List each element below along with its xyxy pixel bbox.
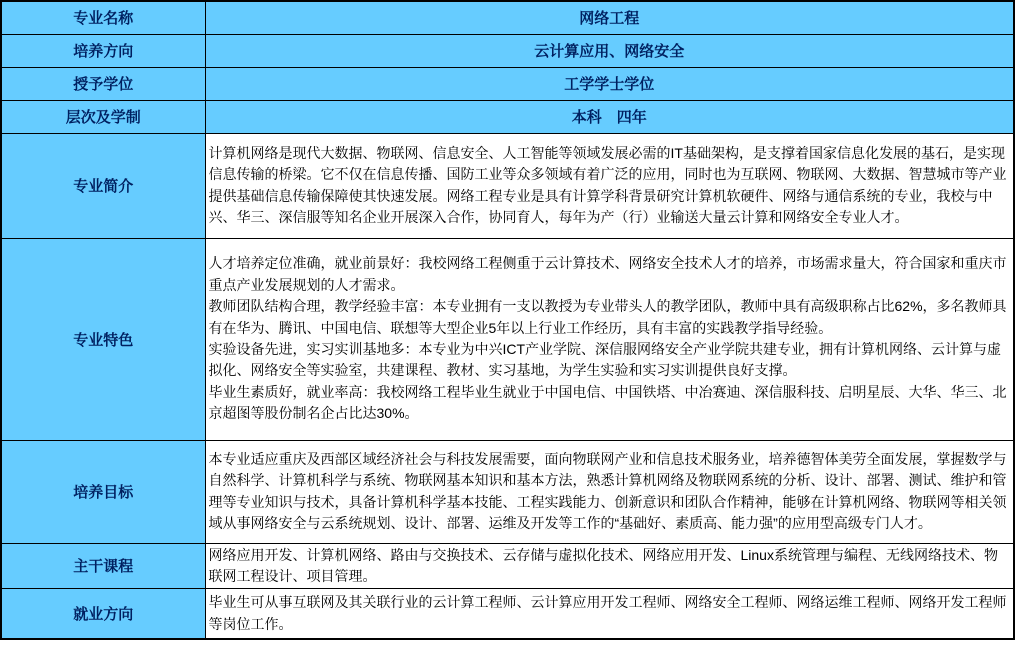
table-row: 主干课程 网络应用开发、计算机网络、路由与交换技术、云存储与虚拟化技术、网络应用…	[1, 543, 1014, 589]
label-level-and-duration: 层次及学制	[1, 100, 205, 133]
value-major-name: 网络工程	[205, 1, 1014, 34]
major-info-table: 专业名称 网络工程 培养方向 云计算应用、网络安全 授予学位 工学学士学位 层次…	[0, 0, 1015, 640]
table-row: 培养目标 本专业适应重庆及西部区域经济社会与科技发展需要，面向物联网产业和信息技…	[1, 440, 1014, 543]
label-major-features: 专业特色	[1, 238, 205, 440]
value-training-objectives: 本专业适应重庆及西部区域经济社会与科技发展需要，面向物联网产业和信息技术服务业，…	[205, 440, 1014, 543]
table-row: 就业方向 毕业生可从事互联网及其关联行业的云计算工程师、云计算应用开发工程师、网…	[1, 589, 1014, 639]
value-degree-awarded: 工学学士学位	[205, 67, 1014, 100]
label-major-name: 专业名称	[1, 1, 205, 34]
value-major-introduction: 计算机网络是现代大数据、物联网、信息安全、人工智能等领域发展必需的IT基础架构，…	[205, 133, 1014, 238]
table-row: 专业特色 人才培养定位准确，就业前景好：我校网络工程侧重于云计算技术、网络安全技…	[1, 238, 1014, 440]
table-row: 授予学位 工学学士学位	[1, 67, 1014, 100]
label-major-introduction: 专业简介	[1, 133, 205, 238]
table-row: 培养方向 云计算应用、网络安全	[1, 34, 1014, 67]
label-training-objectives: 培养目标	[1, 440, 205, 543]
value-main-courses: 网络应用开发、计算机网络、路由与交换技术、云存储与虚拟化技术、网络应用开发、Li…	[205, 543, 1014, 589]
page: 专业名称 网络工程 培养方向 云计算应用、网络安全 授予学位 工学学士学位 层次…	[0, 0, 1016, 645]
label-degree-awarded: 授予学位	[1, 67, 205, 100]
value-major-features: 人才培养定位准确，就业前景好：我校网络工程侧重于云计算技术、网络安全技术人才的培…	[205, 238, 1014, 440]
table-row: 专业名称 网络工程	[1, 1, 1014, 34]
label-training-direction: 培养方向	[1, 34, 205, 67]
table-row: 层次及学制 本科 四年	[1, 100, 1014, 133]
value-training-direction: 云计算应用、网络安全	[205, 34, 1014, 67]
label-employment-direction: 就业方向	[1, 589, 205, 639]
table-row: 专业简介 计算机网络是现代大数据、物联网、信息安全、人工智能等领域发展必需的IT…	[1, 133, 1014, 238]
value-level-and-duration: 本科 四年	[205, 100, 1014, 133]
value-employment-direction: 毕业生可从事互联网及其关联行业的云计算工程师、云计算应用开发工程师、网络安全工程…	[205, 589, 1014, 639]
label-main-courses: 主干课程	[1, 543, 205, 589]
